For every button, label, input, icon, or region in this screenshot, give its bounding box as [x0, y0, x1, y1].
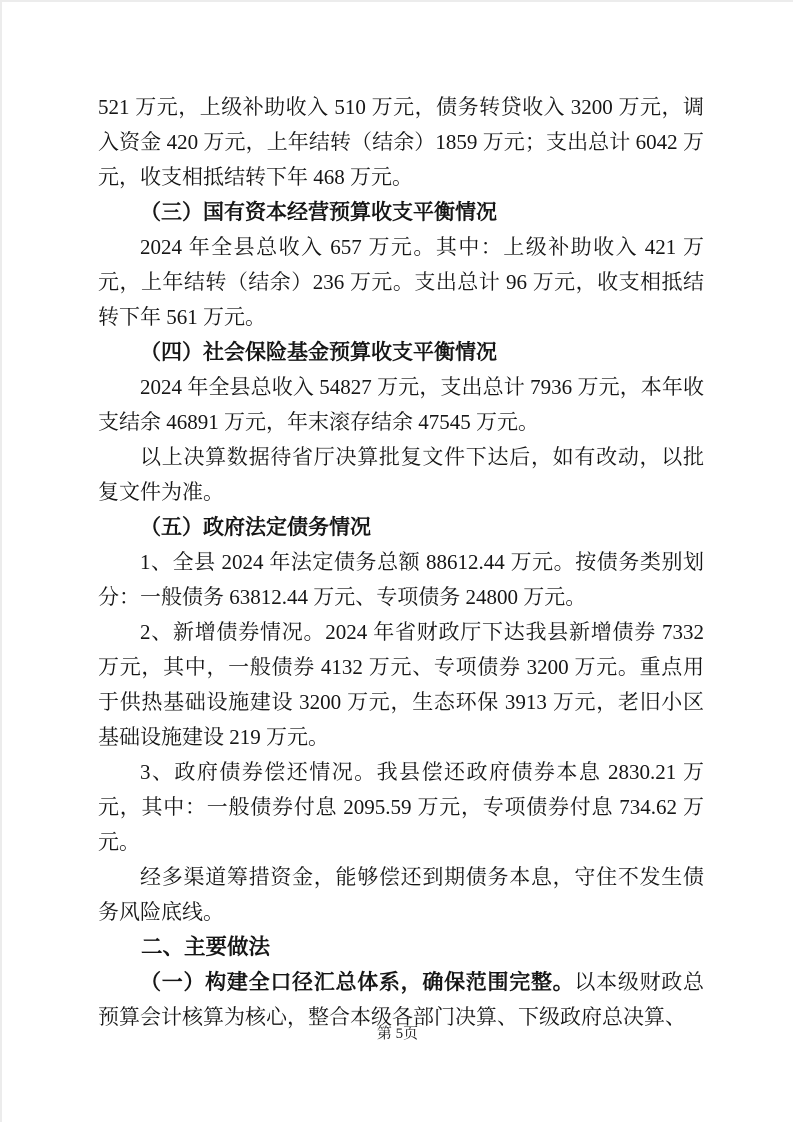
page-number: 第 5页: [2, 1024, 793, 1044]
section-heading-government-debt: （五）政府法定债务情况: [98, 510, 704, 545]
runin-heading: （一）构建全口径汇总体系，确保范围完整。: [140, 970, 574, 994]
document-body: 521 万元，上级补助收入 510 万元，债务转贷收入 3200 万元，调入资金…: [98, 90, 704, 1035]
paragraph-social-insurance-figures: 2024 年全县总收入 54827 万元，支出总计 7936 万元，本年收支结余…: [98, 370, 704, 440]
paragraph-debt-total: 1、全县 2024 年法定债务总额 88612.44 万元。按债务类别划分：一般…: [98, 545, 704, 615]
section-heading-main-practices: 二、主要做法: [98, 930, 704, 965]
paragraph-risk-bottom-line: 经多渠道筹措资金，能够偿还到期债务本息，守住不发生债务风险底线。: [98, 860, 704, 930]
document-page: 521 万元，上级补助收入 510 万元，债务转贷收入 3200 万元，调入资金…: [0, 0, 793, 1122]
paragraph-budget-balance-continued: 521 万元，上级补助收入 510 万元，债务转贷收入 3200 万元，调入资金…: [98, 90, 704, 195]
paragraph-approval-note: 以上决算数据待省厅决算批复文件下达后，如有改动，以批复文件为准。: [98, 440, 704, 510]
paragraph-new-bonds: 2、新增债券情况。2024 年省财政厅下达我县新增债券 7332 万元，其中，一…: [98, 615, 704, 755]
section-heading-social-insurance-fund: （四）社会保险基金预算收支平衡情况: [98, 335, 704, 370]
paragraph-bond-repayment: 3、政府债券偿还情况。我县偿还政府债券本息 2830.21 万元，其中：一般债券…: [98, 755, 704, 860]
paragraph-state-capital-figures: 2024 年全县总收入 657 万元。其中：上级补助收入 421 万元，上年结转…: [98, 230, 704, 335]
section-heading-state-capital-budget: （三）国有资本经营预算收支平衡情况: [98, 195, 704, 230]
